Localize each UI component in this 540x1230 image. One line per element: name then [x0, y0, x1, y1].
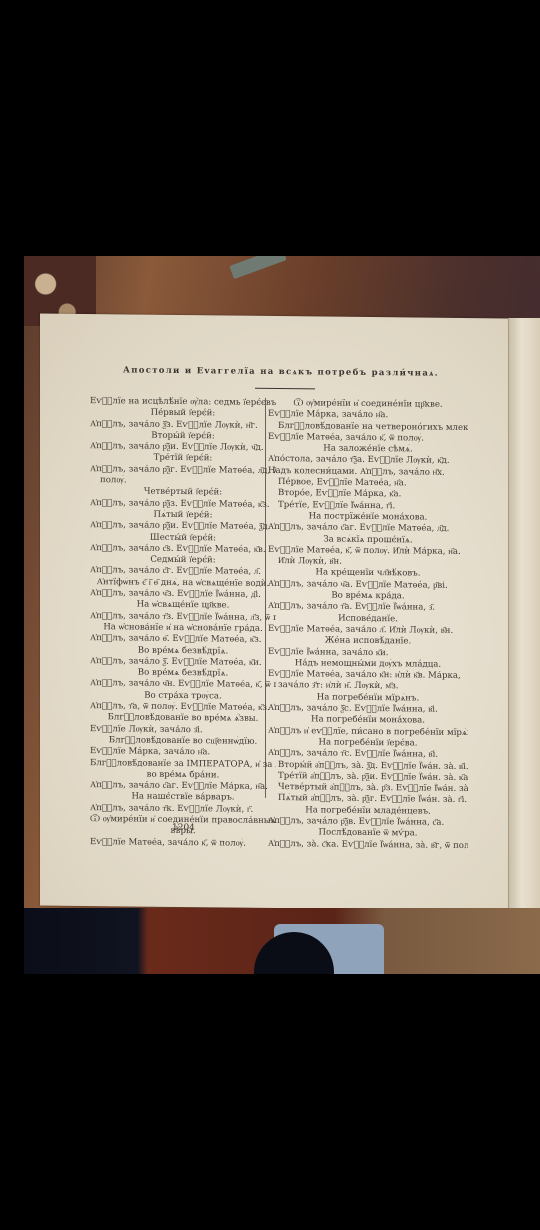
text-line: зача́ло з҃т: и҆лѝ н҃. Лѹкѝ, м҃з.: [268, 680, 468, 693]
text-line: А҆пⷭ҇лъ, зача́ло т҃а. Еѵⷢ҇лїе Ї҆ѡа́нна, …: [268, 601, 468, 614]
book-page: Апостоли и Еvаггелїа на всѧкъ потребъ ра…: [40, 314, 508, 911]
text-line: А҆пⷭ҇лъ, зача́ло с҃аг. Еѵⷢ҇лїе Матѳе́а, …: [268, 522, 468, 535]
header-rule: [255, 388, 315, 390]
text-line: А҆пⷭ҇лъ и҆ еѵⷢ҇лїе, пи́сано в погребе́нї…: [268, 726, 468, 739]
text-line: А҆пⷭ҇лъ, зача́ло ѯ҃. Еѵⷢ҇лїе Матѳе́а, к҃…: [90, 656, 276, 669]
text-line: А҆пⷭ҇лъ, зача́ло ѳ҃. Еѵⷢ҇лїе Матѳе́а, к҃…: [90, 633, 276, 646]
text-line: Блгⷭ҇ловѣ́дованїе за ІМПЕРАТОРА, и҆ за л…: [90, 758, 276, 771]
text-line: Пѧ́тый а҆пⷭ҇лъ, за̀. р҃ѯг. Еѵⷢ҇лїе Ї҆ѡа́…: [268, 793, 468, 806]
page-edge: [508, 318, 540, 910]
text-line: А҆пⷭ҇лъ, зача́ло ѯ҃з. Еѵⷢ҇лїе Лѹкѝ, н҃г.: [90, 419, 276, 432]
right-column: Ѿ ѹ҆мире́нїи и҆ соедине́нїи цр҃кве.Еѵⷢ҇л…: [268, 398, 468, 852]
left-column: Еѵⷢ҇лїе на исцѣлѣ́нїе ѹ҆́ла: седмь ї҆ерє…: [90, 396, 276, 850]
text-line: А҆пⷭ҇лъ, зача́ло р҃ѯи. Еѵⷢ҇лїе Матѳе́а, …: [90, 520, 276, 533]
book-photo: Апостоли и Еvаггелїа на всѧкъ потребъ ра…: [24, 256, 540, 974]
page-number: 1204: [172, 823, 195, 833]
metal-tool-on-table: [229, 256, 286, 279]
text-line: А҆пⷭ҇лъ, за̀. с҃ка. Еѵⷢ҇лїе Ї҆ѡа́нна, за…: [268, 839, 468, 852]
text-line: Еѵⷢ҇лїе на исцѣлѣ́нїе ѹ҆́ла: седмь ї҆ерє…: [90, 396, 276, 409]
text-line: А҆пⷭ҇лъ, зача́ло ч҃н. Еѵⷢ҇лїе Матѳе́а, к…: [90, 678, 276, 691]
text-line: Еѵⷢ҇лїе Матѳе́а, зача́ло к҃, ѿ полѹ̀.: [90, 837, 276, 850]
text-line: А҆пⷭ҇лъ, зача́ло с҃ѕ. Еѵⷢ҇лїе Матѳе́а, к…: [90, 543, 276, 556]
text-line: А҆пⷭ҇лъ, зача́ло р҃ѯз. Еѵⷢ҇лїе Матѳе́а, …: [90, 498, 276, 511]
page-header: Апостоли и Еvаггелїа на всѧкъ потребъ ра…: [96, 364, 466, 379]
text-line: А҆пⷭ҇лъ, зача́ло ч҃з. Еѵⷢ҇лїе Ї҆ѡа́нна, …: [90, 588, 276, 601]
